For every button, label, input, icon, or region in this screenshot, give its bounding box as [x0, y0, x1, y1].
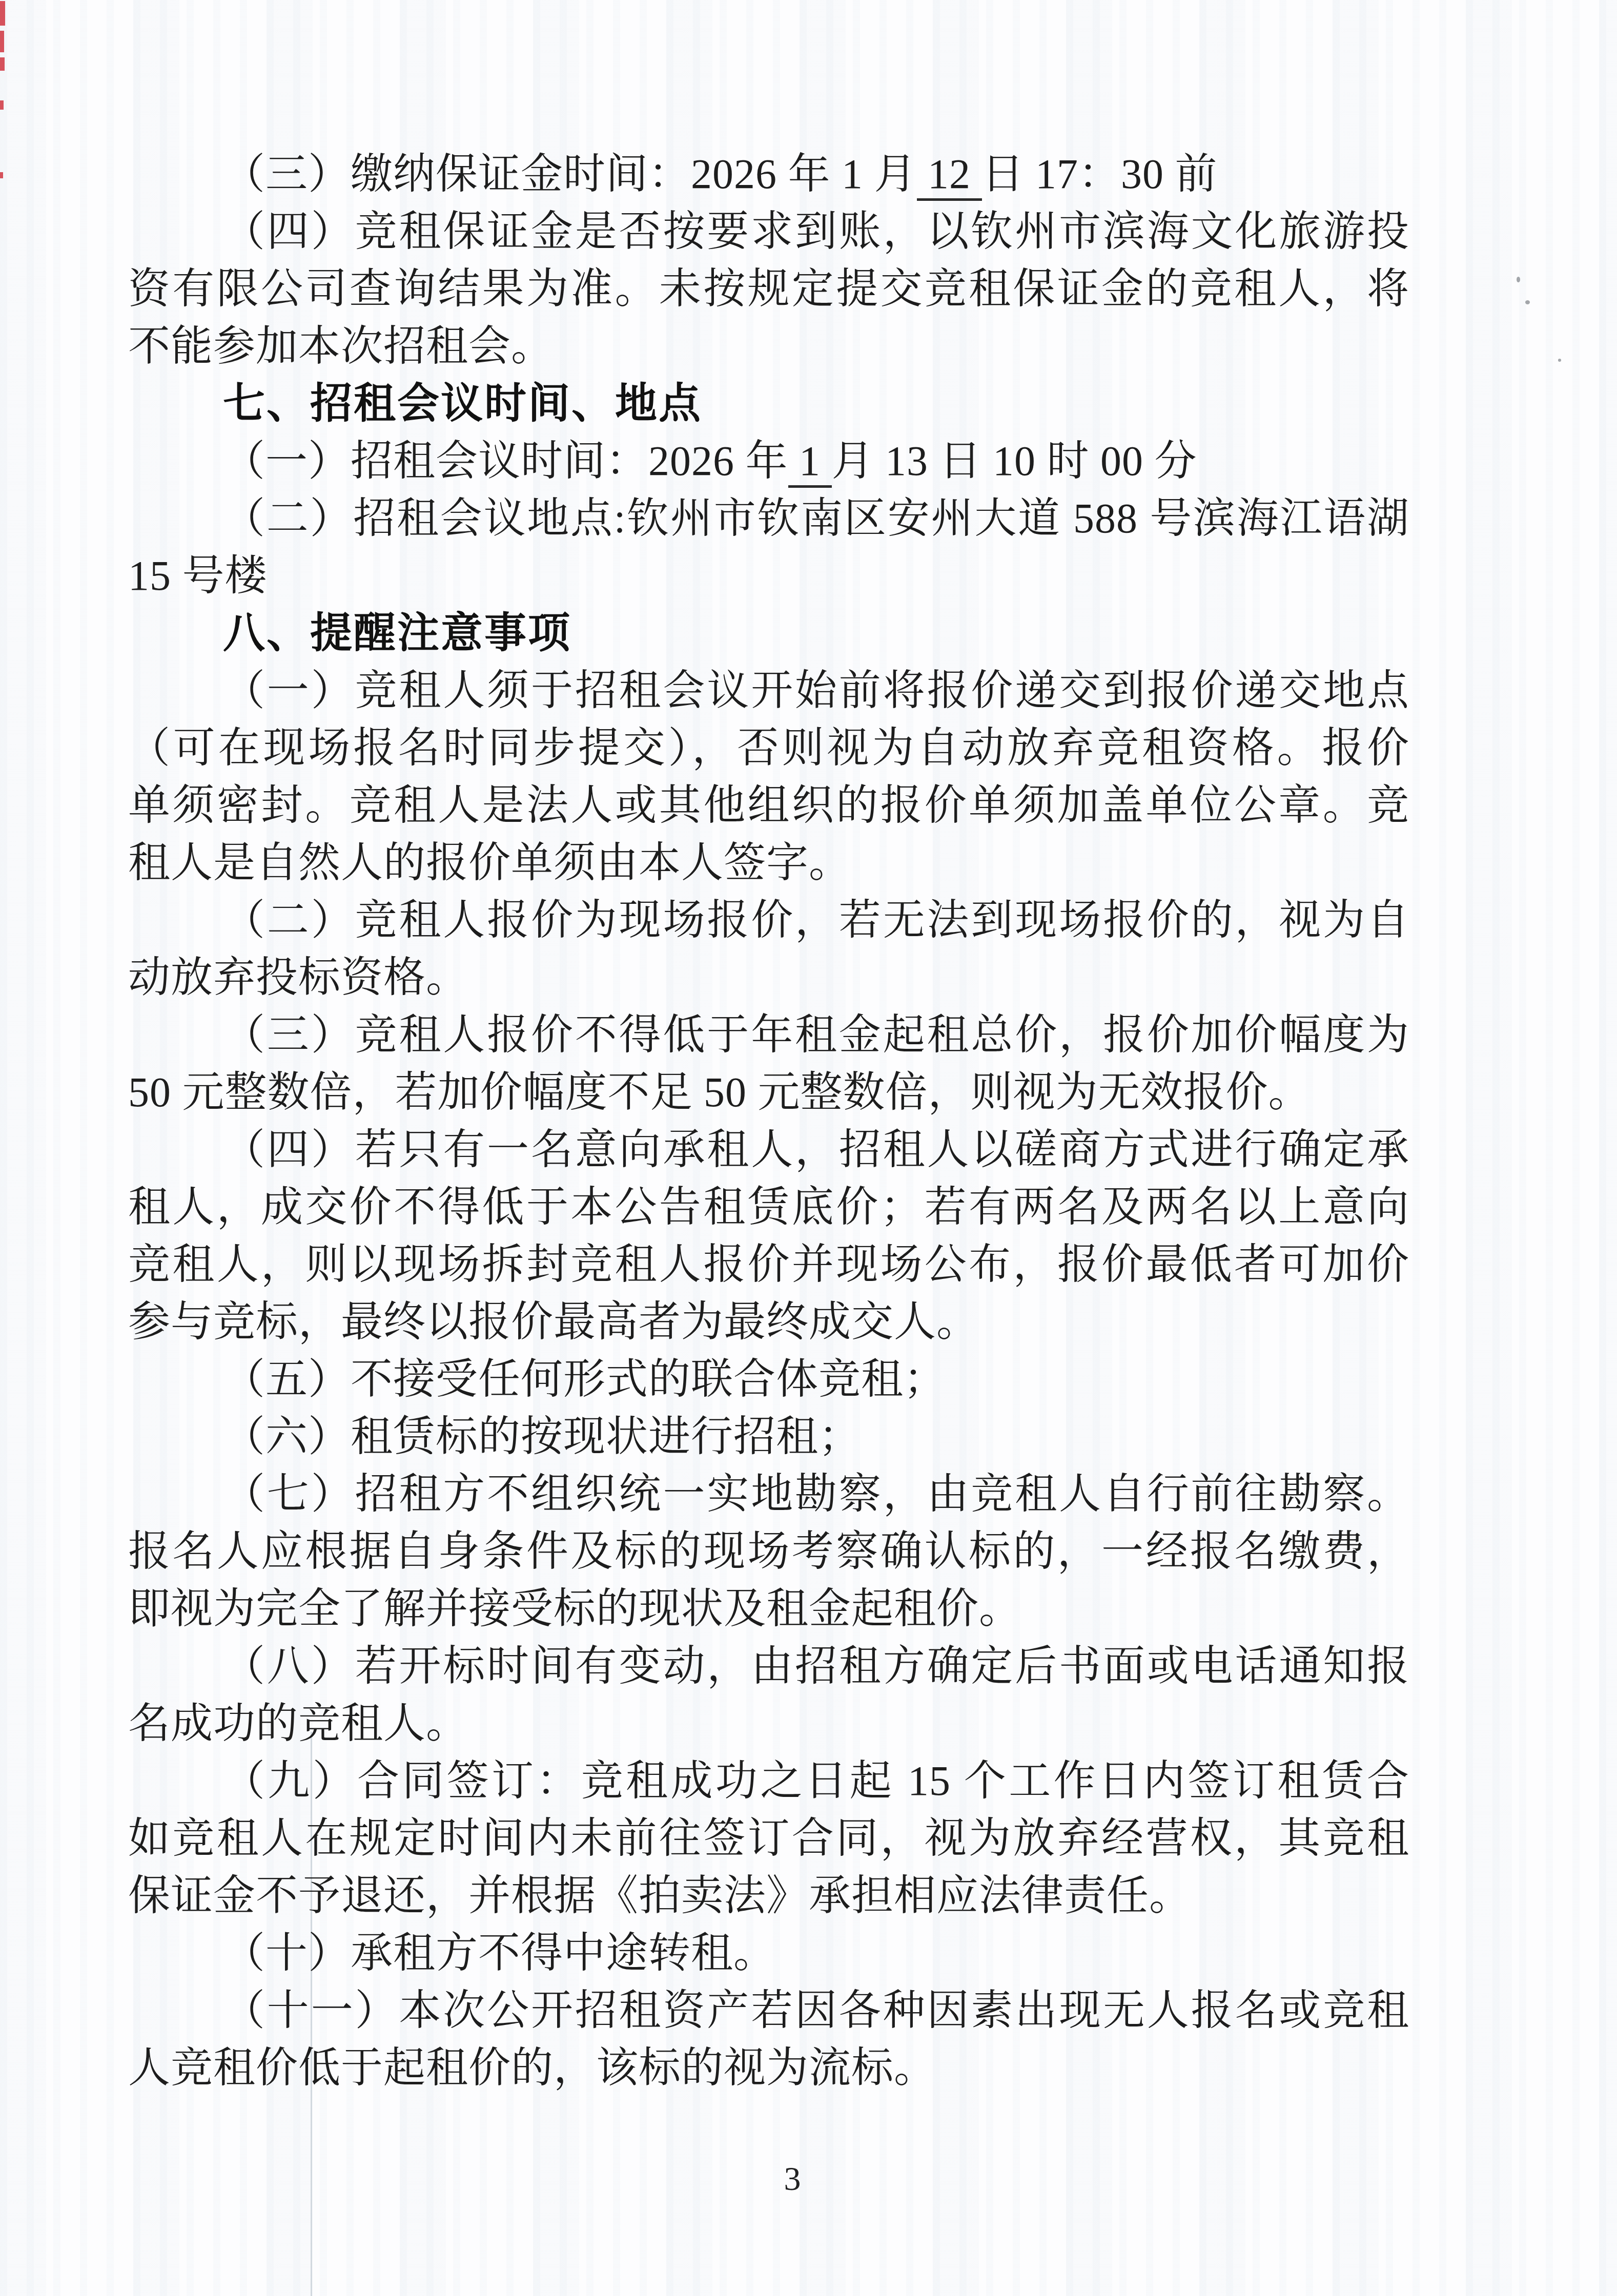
text-line: （三）竞租人报价不得低于年租金起租总价，报价加价幅度为 [128, 1006, 1409, 1064]
document-body: （三）缴纳保证金时间：2026 年 1 月 12 日 17：30 前 （四）竞租… [128, 146, 1409, 2097]
page-number: 3 [0, 2151, 1585, 2207]
text-line: 人竞租价低于起租价的，该标的视为流标。 [128, 2039, 1409, 2097]
scanned-document-page: （三）缴纳保证金时间：2026 年 1 月 12 日 17：30 前 （四）竞租… [0, 0, 1617, 2296]
text-line: 不能参加本次招租会。 [128, 318, 1409, 375]
text-line: 15 号楼 [128, 547, 1409, 605]
line-segment: （三）缴纳保证金时间：2026 年 1 月 [223, 151, 917, 197]
underlined-date-day: 12 [917, 151, 982, 201]
red-edge-mark [0, 57, 5, 71]
red-edge-mark [0, 31, 4, 52]
text-line: （十）承租方不得中途转租。 [128, 1925, 1409, 1982]
text-line: （六）租赁标的按现状进行招租； [128, 1408, 1409, 1465]
red-edge-mark [0, 172, 3, 178]
text-line: （四）若只有一名意向承租人，招租人以磋商方式进行确定承 [128, 1121, 1409, 1178]
text-line: 竞租人，则以现场拆封竞租人报价并现场公布，报价最低者可加价 [128, 1236, 1409, 1293]
red-edge-mark [0, 1, 5, 26]
text-line: 租人是自然人的报价单须由本人签字。 [128, 834, 1409, 892]
text-line: 参与竞标，最终以报价最高者为最终成交人。 [128, 1293, 1409, 1351]
text-line: （一）竞租人须于招租会议开始前将报价递交到报价递交地点 [128, 662, 1409, 719]
section-heading-notes: 八、提醒注意事项 [128, 605, 1409, 662]
text-line: 报名人应根据自身条件及标的现场考察确认标的，一经报名缴费， [128, 1523, 1409, 1580]
scan-speck [1525, 300, 1530, 304]
line-segment: 日 17：30 前 [982, 151, 1218, 197]
text-line: 即视为完全了解并接受标的现状及租金起租价。 [128, 1580, 1409, 1638]
text-line: 动放弃投标资格。 [128, 949, 1409, 1006]
text-line: 50 元整数倍，若加价幅度不足 50 元整数倍，则视为无效报价。 [128, 1064, 1409, 1121]
text-line: （五）不接受任何形式的联合体竞租； [128, 1351, 1409, 1408]
line-segment: 月 13 日 10 时 00 分 [832, 438, 1197, 484]
text-line: 单须密封。竞租人是法人或其他组织的报价单须加盖单位公章。竞 [128, 777, 1409, 834]
text-line: 保证金不予退还，并根据《拍卖法》承担相应法律责任。 [128, 1867, 1409, 1925]
text-line: （九）合同签订：竞租成功之日起 15 个工作日内签订租赁合同， [128, 1752, 1409, 1810]
text-line: （七）招租方不组织统一实地勘察，由竞租人自行前往勘察。 [128, 1465, 1409, 1523]
text-line-deposit-deadline: （三）缴纳保证金时间：2026 年 1 月 12 日 17：30 前 [128, 146, 1409, 203]
red-edge-mark [0, 100, 4, 110]
text-line: 资有限公司查询结果为准。未按规定提交竞租保证金的竞租人，将 [128, 260, 1409, 318]
scan-speck [1517, 277, 1520, 282]
text-line: 名成功的竞租人。 [128, 1695, 1409, 1752]
text-line: （二）招租会议地点:钦州市钦南区安州大道 588 号滨海江语湖 [128, 490, 1409, 547]
text-line: （十一）本次公开招租资产若因各种因素出现无人报名或竞租 [128, 1982, 1409, 2039]
text-line: （可在现场报名时同步提交），否则视为自动放弃竞租资格。报价 [128, 719, 1409, 777]
text-line: 租人，成交价不得低于本公告租赁底价；若有两名及两名以上意向 [128, 1178, 1409, 1236]
section-heading-meeting-time-place: 七、招租会议时间、地点 [128, 375, 1409, 432]
text-line: （二）竞租人报价为现场报价，若无法到现场报价的，视为自 [128, 892, 1409, 949]
text-line: （八）若开标时间有变动，由招租方确定后书面或电话通知报 [128, 1638, 1409, 1695]
text-line-meeting-time: （一）招租会议时间：2026 年 1 月 13 日 10 时 00 分 [128, 432, 1409, 490]
text-line: 如竞租人在规定时间内未前往签订合同，视为放弃经营权，其竞租 [128, 1810, 1409, 1867]
underlined-date-month: 1 [788, 438, 832, 488]
text-line: （四）竞租保证金是否按要求到账，以钦州市滨海文化旅游投 [128, 203, 1409, 260]
scan-speck [1558, 359, 1561, 362]
line-segment: （一）招租会议时间：2026 年 [223, 438, 788, 484]
